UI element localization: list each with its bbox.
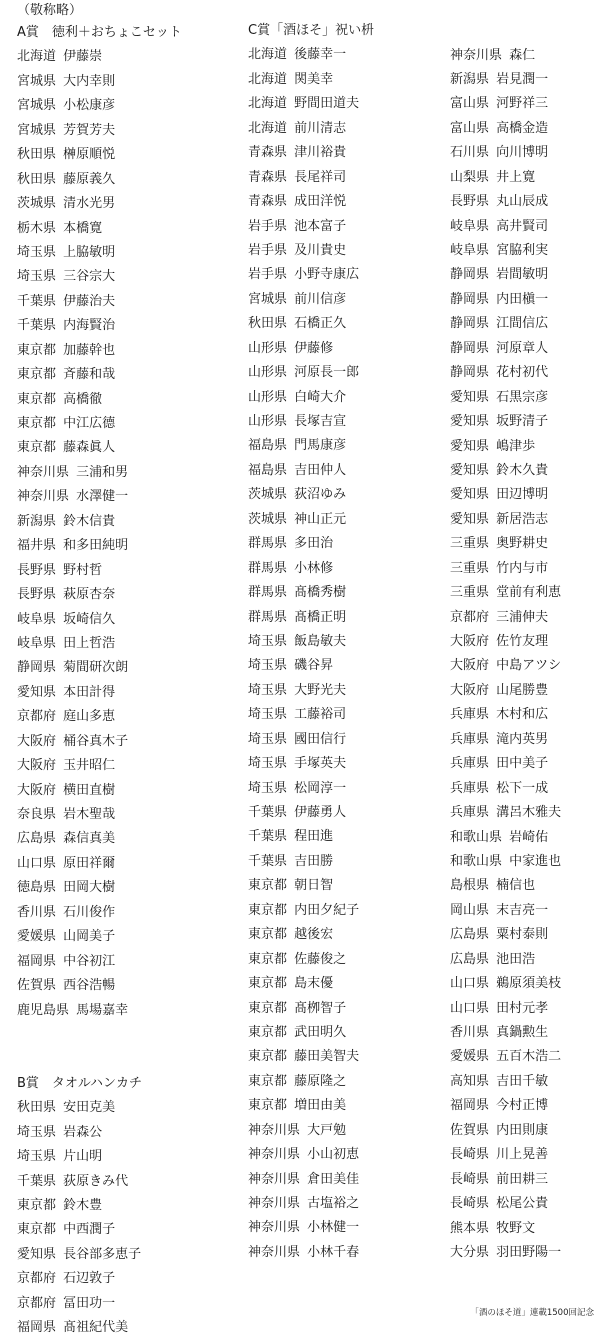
winner-prefecture: 北海道 [248,68,287,92]
prize-c-title: C賞「酒ほそ」祝い枡 [248,19,443,43]
winner-entry: 愛媛県山岡美子 [17,925,232,949]
winner-prefecture: 京都府 [17,705,56,729]
winner-name: 羽田野陽一 [496,1245,561,1260]
winner-entry: 兵庫県滝内英男 [450,728,609,752]
winner-name: 髙栁智子 [294,1001,346,1016]
winner-name: 野村哲 [63,563,102,578]
winner-prefecture: 神奈川県 [248,1143,300,1167]
winner-name: 吉田千敏 [496,1074,548,1089]
prize-c-list-2: 神奈川県森仁新潟県岩見潤一富山県河野祥三富山県高橋金造石川県向川博明山梨県井上寛… [450,44,609,1266]
winner-prefecture: 岐阜県 [450,239,489,263]
winner-entry: 兵庫県松下一成 [450,777,609,801]
winner-prefecture: 秋田県 [17,143,56,167]
winner-prefecture: 東京都 [17,436,56,460]
winner-entry: 埼玉県手塚英夫 [248,752,443,776]
winner-name: 古塩裕之 [307,1196,359,1211]
winner-prefecture: 福岡県 [17,1316,56,1335]
winner-name: 関美幸 [294,72,333,87]
winner-entry: 広島県粟村泰則 [450,923,609,947]
winner-name: 白崎大介 [294,390,346,405]
winner-name: 髙橋正明 [294,610,346,625]
winner-prefecture: 奈良県 [17,803,56,827]
winner-name: 菊間研次朗 [63,660,128,675]
winner-prefecture: 東京都 [248,1070,287,1094]
winner-entry: 三重県竹内与市 [450,557,609,581]
winner-name: 江間信広 [496,316,548,331]
winner-entry: 宮城県大内幸則 [17,70,232,94]
winner-name: 井上寛 [496,170,535,185]
winner-entry: 山形県河原長一郎 [248,361,443,385]
winner-entry: 東京都藤森眞人 [17,436,232,460]
winner-prefecture: 山口県 [450,972,489,996]
winner-name: 越後宏 [294,927,333,942]
winner-entry: 埼玉県國田信行 [248,728,443,752]
winner-prefecture: 徳島県 [17,876,56,900]
winner-name: 松岡淳一 [294,781,346,796]
winner-prefecture: 秋田県 [17,168,56,192]
winner-prefecture: 栃木県 [17,217,56,241]
winner-name: 高井賢司 [496,219,548,234]
winner-prefecture: 千葉県 [248,801,287,825]
winner-entry: 愛知県本田計得 [17,681,232,705]
winner-prefecture: 宮城県 [17,94,56,118]
winner-name: 河原長一郎 [294,365,359,380]
winner-entry: 愛知県鈴木久貴 [450,459,609,483]
winner-entry: 山口県鵜原須美枝 [450,972,609,996]
winner-name: 後藤幸一 [294,47,346,62]
winner-prefecture: 和歌山県 [450,850,502,874]
winner-name: 粟村泰則 [496,927,548,942]
winner-name: 程田進 [294,829,333,844]
winner-name: 玉井昭仁 [63,758,115,773]
winner-prefecture: 東京都 [248,972,287,996]
winner-entry: 兵庫県田中美子 [450,752,609,776]
winner-name: 小林健一 [307,1220,359,1235]
winner-name: 内田夕紀子 [294,903,359,918]
winner-prefecture: 静岡県 [17,656,56,680]
winner-prefecture: 愛知県 [450,459,489,483]
winner-prefecture: 千葉県 [17,290,56,314]
winner-prefecture: 茨城県 [248,508,287,532]
prize-b-list: 秋田県安田克美埼玉県岩森公埼玉県片山明千葉県荻原きみ代東京都鈴木豊東京都中西潤子… [17,1096,232,1335]
winner-name: 片山明 [63,1149,102,1164]
winner-prefecture: 東京都 [248,899,287,923]
winner-entry: 東京都佐藤俊之 [248,948,443,972]
winner-name: 川上晃善 [496,1147,548,1162]
winner-prefecture: 佐賀県 [450,1119,489,1143]
winner-prefecture: 兵庫県 [450,777,489,801]
winner-prefecture: 埼玉県 [248,630,287,654]
winner-prefecture: 富山県 [450,92,489,116]
winner-entry: 北海道前川清志 [248,117,443,141]
winner-entry: 東京都中江広德 [17,412,232,436]
winner-prefecture: 佐賀県 [17,974,56,998]
winner-entry: 富山県高橋金造 [450,117,609,141]
winner-entry: 広島県森信真美 [17,827,232,851]
winner-entry: 熊本県牧野文 [450,1217,609,1241]
winner-entry: 愛知県田辺博明 [450,483,609,507]
winner-name: 藤田美智夫 [294,1049,359,1064]
winner-name: 長谷部多恵子 [63,1247,141,1262]
winner-prefecture: 福岡県 [450,1094,489,1118]
winner-entry: 神奈川県水澤健一 [17,485,232,509]
winner-entry: 埼玉県工藤裕司 [248,703,443,727]
winner-entry: 愛知県新居浩志 [450,508,609,532]
winner-entry: 東京都武田明久 [248,1021,443,1045]
prize-a-section: A賞 徳利＋おちょこセット 北海道伊藤崇宮城県大内幸則宮城県小松康彦宮城県芳賀芳… [17,21,232,1023]
column-left: （敬称略） A賞 徳利＋おちょこセット 北海道伊藤崇宮城県大内幸則宮城県小松康彦… [17,0,232,1335]
winner-entry: 埼玉県大野光夫 [248,679,443,703]
winner-entry: 三重県奥野耕史 [450,532,609,556]
winner-entry: 神奈川県三浦和男 [17,461,232,485]
winner-prefecture: 愛知県 [17,681,56,705]
winner-prefecture: 東京都 [17,412,56,436]
winner-entry: 山梨県井上寛 [450,166,609,190]
prize-a-title: A賞 徳利＋おちょこセット [17,21,232,45]
winner-prefecture: 東京都 [17,1194,56,1218]
winner-name: 石辺敦子 [63,1271,115,1286]
winner-prefecture: 大阪府 [17,754,56,778]
winner-prefecture: 北海道 [248,92,287,116]
prize-b-title: B賞 タオルハンカチ [17,1072,232,1096]
winner-prefecture: 北海道 [248,43,287,67]
winner-name: 小山初恵 [307,1147,359,1162]
winner-entry: 奈良県岩木聖哉 [17,803,232,827]
winner-entry: 佐賀県内田則康 [450,1119,609,1143]
winner-entry: 岩手県池本富子 [248,215,443,239]
winner-prefecture: 大阪府 [450,630,489,654]
winner-prefecture: 神奈川県 [248,1192,300,1216]
winner-entry: 大阪府桶谷真木子 [17,730,232,754]
winner-prefecture: 高知県 [450,1070,489,1094]
winner-name: 松下一成 [496,781,548,796]
winner-entry: 埼玉県三谷宗大 [17,265,232,289]
winner-prefecture: 東京都 [17,339,56,363]
winner-name: 加藤幹也 [63,343,115,358]
winner-entry: 千葉県荻原きみ代 [17,1170,232,1194]
winner-prefecture: 神奈川県 [248,1241,300,1265]
winner-prefecture: 群馬県 [248,557,287,581]
winner-entry: 東京都島末優 [248,972,443,996]
winner-entry: 埼玉県松岡淳一 [248,777,443,801]
winner-entry: 和歌山県中家進也 [450,850,609,874]
winner-name: 藤原隆之 [294,1074,346,1089]
winner-name: 三谷宗大 [63,269,115,284]
winner-name: 庭山多恵 [63,709,115,724]
winner-entry: 東京都高橋徹 [17,388,232,412]
winner-name: 三浦伸夫 [496,610,548,625]
winner-prefecture: 愛知県 [450,410,489,434]
winner-name: 内田槇一 [496,292,548,307]
winner-name: 山尾勝豊 [496,683,548,698]
winner-name: 髙橋秀樹 [294,585,346,600]
winner-entry: 岐阜県田上哲浩 [17,632,232,656]
winner-name: 坂崎信久 [63,612,115,627]
winner-prefecture: 和歌山県 [450,826,502,850]
winner-entry: 長野県丸山辰成 [450,190,609,214]
section-spacer [17,1047,232,1071]
winner-name: 中江広德 [63,416,115,431]
winner-prefecture: 群馬県 [248,581,287,605]
winner-name: 倉田美佳 [307,1172,359,1187]
winner-name: 田岡大樹 [63,880,115,895]
winner-prefecture: 三重県 [450,581,489,605]
winner-prefecture: 長崎県 [450,1143,489,1167]
winner-prefecture: 福岡県 [17,950,56,974]
winner-name: 坂野清子 [496,414,548,429]
winner-entry: 長野県野村哲 [17,559,232,583]
winner-entry: 北海道関美幸 [248,68,443,92]
winner-entry: 富山県河野祥三 [450,92,609,116]
winner-entry: 秋田県榊原順悦 [17,143,232,167]
winner-prefecture: 富山県 [450,117,489,141]
winner-prefecture: 千葉県 [17,1170,56,1194]
winner-name: 原田祥爾 [63,856,115,871]
winner-name: 横田直樹 [63,783,115,798]
winner-name: 小林修 [294,561,333,576]
winner-prefecture: 山形県 [248,386,287,410]
winner-name: 成田洋悦 [294,194,346,209]
winner-name: 松尾公貴 [496,1196,548,1211]
winner-entry: 香川県真鍋勲生 [450,1021,609,1045]
winner-prefecture: 愛媛県 [450,1045,489,1069]
winner-prefecture: 愛知県 [450,386,489,410]
winner-prefecture: 京都府 [450,606,489,630]
winner-prefecture: 神奈川県 [248,1168,300,1192]
winner-name: 石橋正久 [294,316,346,331]
winner-prefecture: 石川県 [450,141,489,165]
winner-name: 水澤健一 [76,489,128,504]
winner-entry: 群馬県髙橋正明 [248,606,443,630]
winner-entry: 東京都髙栁智子 [248,997,443,1021]
winner-entry: 福岡県今村正博 [450,1094,609,1118]
winner-name: 工藤裕司 [294,707,346,722]
winner-prefecture: 福島県 [248,459,287,483]
winner-entry: 千葉県程田進 [248,825,443,849]
winner-name: 大戸勉 [307,1123,346,1138]
winner-prefecture: 山形県 [248,337,287,361]
winner-prefecture: 群馬県 [248,606,287,630]
winner-name: 榊原順悦 [63,147,115,162]
winner-entry: 石川県向川博明 [450,141,609,165]
winner-prefecture: 静岡県 [450,361,489,385]
winner-entry: 愛知県坂野清子 [450,410,609,434]
winner-entry: 静岡県菊間研次朗 [17,656,232,680]
winner-entry: 新潟県鈴木信貴 [17,510,232,534]
winner-name: 西谷浩暢 [63,978,115,993]
winner-entry: 長崎県前田耕三 [450,1168,609,1192]
winner-name: 今村正博 [496,1098,548,1113]
winner-entry: 大阪府玉井昭仁 [17,754,232,778]
winner-prefecture: 福井県 [17,534,56,558]
winner-prefecture: 神奈川県 [17,461,69,485]
winner-prefecture: 北海道 [248,117,287,141]
winner-name: 斉藤和哉 [63,367,115,382]
winner-entry: 東京都内田夕紀子 [248,899,443,923]
winner-name: 滝内英男 [496,732,548,747]
winner-name: 多田治 [294,536,333,551]
winner-prefecture: 兵庫県 [450,728,489,752]
winner-entry: 徳島県田岡大樹 [17,876,232,900]
winner-name: 花村初代 [496,365,548,380]
winner-name: 武田明久 [294,1025,346,1040]
winner-name: 堂前有利恵 [496,585,561,600]
winner-prefecture: 秋田県 [17,1096,56,1120]
winner-name: 及川貴史 [294,243,346,258]
winner-entry: 神奈川県森仁 [450,44,609,68]
winner-entry: 東京都藤田美智夫 [248,1045,443,1069]
winner-entry: 秋田県藤原義久 [17,168,232,192]
winner-prefecture: 熊本県 [450,1217,489,1241]
winner-name: 五百木浩二 [496,1049,561,1064]
winner-prefecture: 神奈川県 [450,44,502,68]
winner-entry: 埼玉県上脇敏明 [17,241,232,265]
winner-name: 伊藤修 [294,341,333,356]
winner-name: 末吉亮一 [496,903,548,918]
winner-name: 磯谷昇 [294,658,333,673]
winner-prefecture: 新潟県 [450,68,489,92]
winner-name: 本田計得 [63,685,115,700]
winner-entry: 埼玉県飯島敏夫 [248,630,443,654]
winner-name: 大内幸則 [63,74,115,89]
winner-entry: 山口県原田祥爾 [17,852,232,876]
footer-caption: 「酒のほそ道」連載1500回記念 [470,1306,594,1318]
winner-prefecture: 長崎県 [450,1168,489,1192]
winner-entry: 東京都鈴木豊 [17,1194,232,1218]
winner-prefecture: 広島県 [17,827,56,851]
winner-name: 鈴木久貴 [496,463,548,478]
winner-entry: 茨城県清水光男 [17,192,232,216]
winner-prefecture: 岡山県 [450,899,489,923]
winner-name: 荻原きみ代 [63,1174,128,1189]
winner-name: 向川博明 [496,145,548,160]
winner-entry: 東京都中西潤子 [17,1218,232,1242]
winner-entry: 大分県羽田野陽一 [450,1241,609,1265]
winner-name: 桶谷真木子 [63,734,128,749]
winner-name: 森信真美 [63,831,115,846]
winner-prefecture: 山口県 [450,997,489,1021]
winner-name: 山岡美子 [63,929,115,944]
winner-name: 冨田功一 [63,1296,115,1311]
winner-prefecture: 岩手県 [248,215,287,239]
winner-name: 大野光夫 [294,683,346,698]
winner-prefecture: 長野県 [17,583,56,607]
winner-prefecture: 静岡県 [450,312,489,336]
winner-prefecture: 東京都 [248,1094,287,1118]
winner-entry: 愛媛県五百木浩二 [450,1045,609,1069]
winner-prefecture: 静岡県 [450,263,489,287]
winner-name: 馬場嘉幸 [76,1003,128,1018]
winner-entry: 鹿児島県馬場嘉幸 [17,999,232,1023]
winner-prefecture: 山口県 [17,852,56,876]
winner-prefecture: 東京都 [17,363,56,387]
winner-prefecture: 長野県 [450,190,489,214]
winner-entry: 東京都斉藤和哉 [17,363,232,387]
prize-c-list-1: 北海道後藤幸一北海道関美幸北海道野間田道夫北海道前川清志青森県津川裕貴青森県長尾… [248,43,443,1265]
winner-prefecture: 鹿児島県 [17,999,69,1023]
winner-entry: 東京都加藤幹也 [17,339,232,363]
winner-entry: 埼玉県磯谷昇 [248,654,443,678]
winner-prefecture: 山梨県 [450,166,489,190]
winner-entry: 大阪府山尾勝豊 [450,679,609,703]
winner-name: 芳賀芳夫 [63,123,115,138]
winner-entry: 岐阜県高井賢司 [450,215,609,239]
winner-prefecture: 東京都 [248,1021,287,1045]
winner-prefecture: 静岡県 [450,288,489,312]
winner-name: 内海賢治 [63,318,115,333]
winner-prefecture: 埼玉県 [17,1145,56,1169]
winner-prefecture: 埼玉県 [248,654,287,678]
winner-prefecture: 埼玉県 [248,777,287,801]
winner-prefecture: 埼玉県 [17,241,56,265]
winner-entry: 北海道伊藤崇 [17,45,232,69]
winner-name: 鈴木豊 [63,1198,102,1213]
winner-name: 真鍋勲生 [496,1025,548,1040]
winner-prefecture: 宮城県 [248,288,287,312]
winner-entry: 広島県池田浩 [450,948,609,972]
winner-entry: 群馬県多田治 [248,532,443,556]
winner-name: 高橋金造 [496,121,548,136]
winner-entry: 高知県吉田千敏 [450,1070,609,1094]
winner-name: 朝日智 [294,878,333,893]
winner-prefecture: 埼玉県 [17,265,56,289]
winner-name: 佐竹友理 [496,634,548,649]
winner-name: 清水光男 [63,196,115,211]
winner-name: 池本富子 [294,219,346,234]
winner-entry: 千葉県伊藤治夫 [17,290,232,314]
winner-entry: 長崎県松尾公貴 [450,1192,609,1216]
winner-entry: 新潟県岩見潤一 [450,68,609,92]
winner-name: 伊藤崇 [63,49,102,64]
winner-name: 岩見潤一 [496,72,548,87]
winner-prefecture: 千葉県 [248,825,287,849]
winner-entry: 大阪府佐竹友理 [450,630,609,654]
winner-name: 長塚吉宣 [294,414,346,429]
winner-entry: 和歌山県岩崎佑 [450,826,609,850]
winner-prefecture: 北海道 [17,45,56,69]
winner-entry: 神奈川県小山初恵 [248,1143,443,1167]
winner-entry: 京都府三浦伸夫 [450,606,609,630]
prize-b-section: B賞 タオルハンカチ 秋田県安田克美埼玉県岩森公埼玉県片山明千葉県荻原きみ代東京… [17,1072,232,1335]
winner-entry: 栃木県本橋寛 [17,217,232,241]
column-right: 神奈川県森仁新潟県岩見潤一富山県河野祥三富山県高橋金造石川県向川博明山梨県井上寛… [450,44,609,1266]
winner-prefecture: 千葉県 [17,314,56,338]
winner-entry: 愛知県嶋津歩 [450,435,609,459]
winner-entry: 神奈川県古塩裕之 [248,1192,443,1216]
winner-prefecture: 広島県 [450,923,489,947]
winner-name: 中島アツシ [496,658,561,673]
winner-name: 島末優 [294,976,333,991]
winner-entry: 福岡県髙祖紀代美 [17,1316,232,1335]
winner-entry: 神奈川県倉田美佳 [248,1168,443,1192]
winner-entry: 埼玉県片山明 [17,1145,232,1169]
winner-entry: 北海道野間田道夫 [248,92,443,116]
winner-name: 和多田純明 [63,538,128,553]
winner-entry: 静岡県河原章人 [450,337,609,361]
winner-entry: 静岡県内田槇一 [450,288,609,312]
winner-prefecture: 島根県 [450,874,489,898]
winner-prefecture: 兵庫県 [450,801,489,825]
winner-entry: 兵庫県木村和広 [450,703,609,727]
winner-entry: 千葉県内海賢治 [17,314,232,338]
winner-entry: 岩手県小野寺康広 [248,263,443,287]
winner-prefecture: 埼玉県 [248,703,287,727]
winner-entry: 福島県門馬康彦 [248,434,443,458]
winner-entry: 神奈川県小林千春 [248,1241,443,1265]
winner-entry: 秋田県安田克美 [17,1096,232,1120]
winner-name: 飯島敏夫 [294,634,346,649]
winner-name: 岩崎佑 [509,830,548,845]
